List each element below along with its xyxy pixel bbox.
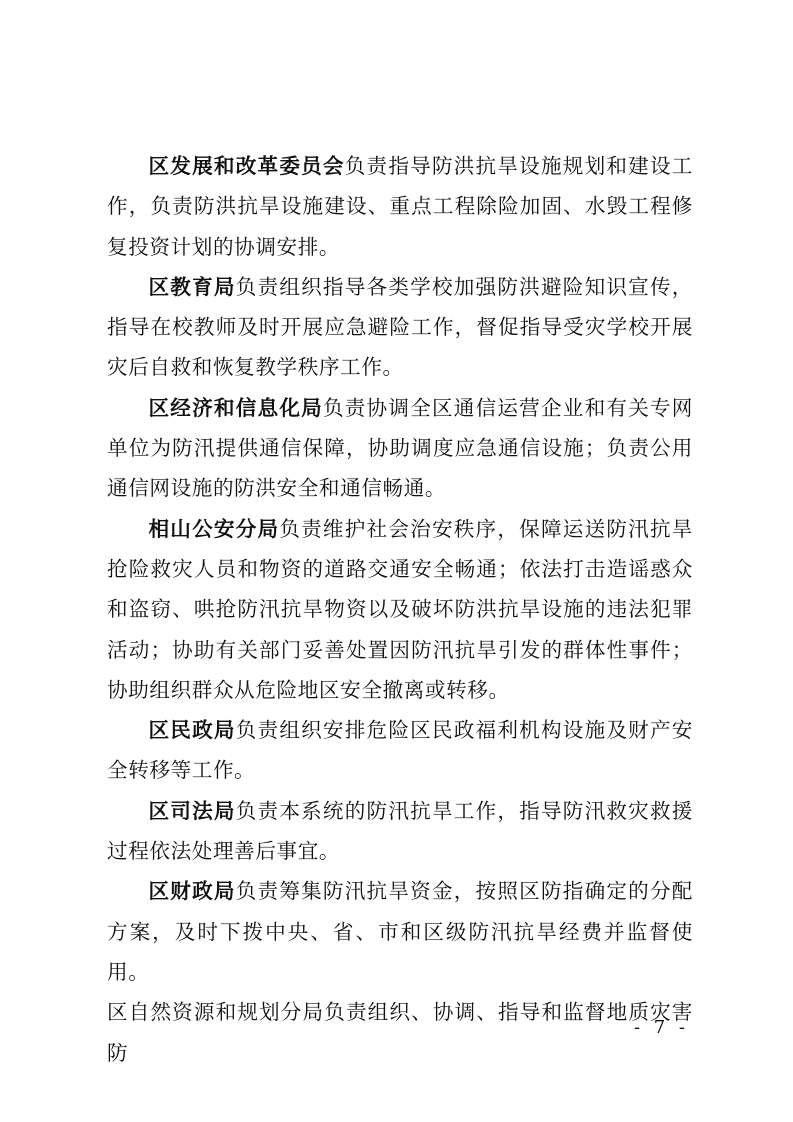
paragraph-development-reform: 区发展和改革委员会负责指导防洪抗旱设施规划和建设工作，负责防洪抗旱设施建设、重点… [107,146,693,267]
paragraph-lead: 区民政局 [149,718,236,742]
paragraph-text: 负责维护社会治安秩序，保障运送防汛抗旱抢险救灾人员和物资的道路交通安全畅通；依法… [107,517,693,702]
paragraph-finance: 区财政局负责筹集防汛抗旱资金，按照区防指确定的分配方案，及时下拨中央、省、市和区… [107,871,693,992]
paragraph-lead: 区发展和改革委员会 [149,154,345,178]
paragraph-natural-resources: 区自然资源和规划分局负责组织、协调、指导和监督地质灾害防 [107,992,693,1073]
paragraph-justice: 区司法局负责本系统的防汛抗旱工作，指导防汛救灾救援过程依法处理善后事宜。 [107,791,693,872]
paragraph-lead: 区司法局 [149,799,236,823]
paragraph-text: 区自然资源和规划分局负责组织、协调、指导和监督地质灾害防 [107,1000,693,1064]
paragraph-public-security: 相山公安分局负责维护社会治安秩序，保障运送防汛抗旱抢险救灾人员和物资的道路交通安… [107,509,693,710]
paragraph-education: 区教育局负责组织指导各类学校加强防洪避险知识宣传，指导在校教师及时开展应急避险工… [107,267,693,388]
paragraph-lead: 区经济和信息化局 [149,396,323,420]
paragraph-lead: 相山公安分局 [149,517,280,541]
document-body: 区发展和改革委员会负责指导防洪抗旱设施规划和建设工作，负责防洪抗旱设施建设、重点… [107,146,693,1073]
paragraph-economy-information: 区经济和信息化局负责协调全区通信运营企业和有关专网单位为防汛提供通信保障，协助调… [107,388,693,509]
paragraph-civil-affairs: 区民政局负责组织安排危险区民政福利机构设施及财产安全转移等工作。 [107,710,693,791]
paragraph-lead: 区教育局 [149,275,236,299]
page-number: - 7 - [634,1017,689,1038]
paragraph-lead: 区财政局 [149,879,236,903]
